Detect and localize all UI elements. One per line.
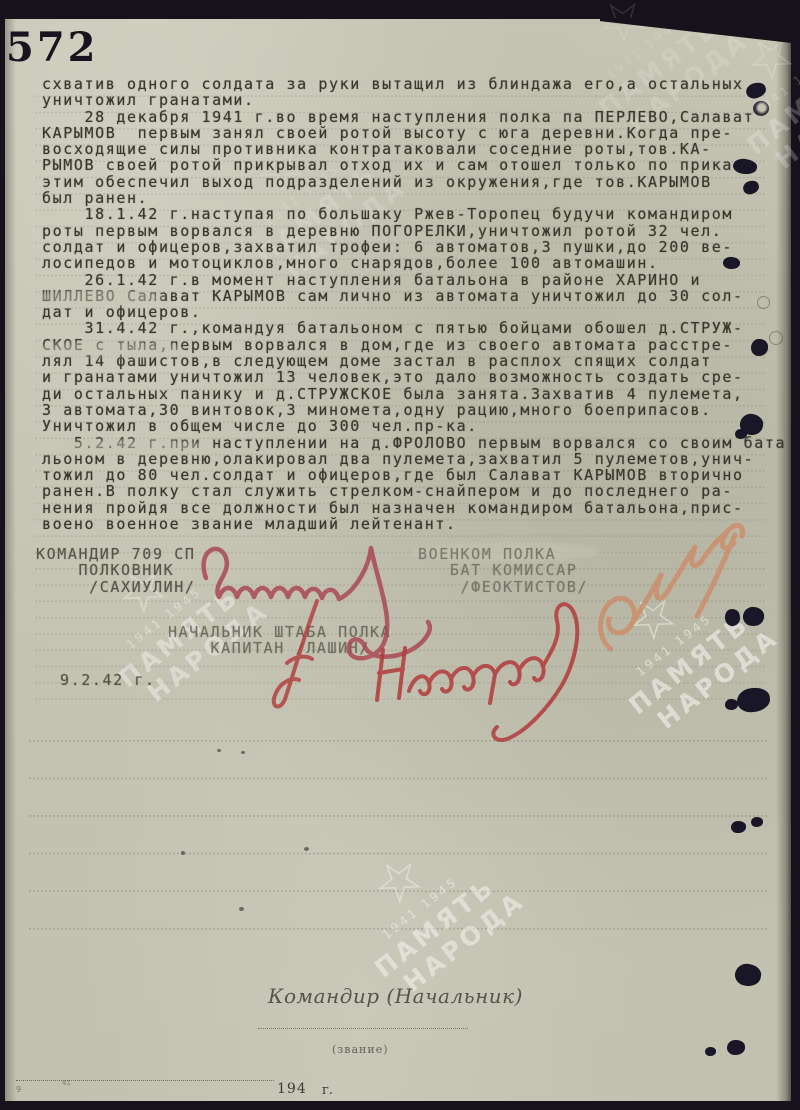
punch-hole [757,296,770,309]
paper-speck [217,749,221,752]
footer-underline [16,1080,274,1081]
commissar-signature-block: ВОЕНКОМ ПОЛКА БАТ КОМИССАР /ФЕОКТИСТОВ/ [418,546,588,595]
footnote-mark: 41 [62,1079,71,1087]
footnote-mark: 9 [16,1085,21,1094]
page-number-stamp: 572 [6,24,99,71]
scan-bottom-band [0,1101,800,1110]
ink-blot [751,817,763,827]
footer-year-suffix: г. [322,1083,333,1098]
paper-left-edge-shade [5,19,16,1101]
form-commander-label: Командир (Начальник) [268,984,523,1008]
paper-speck [181,851,185,855]
ink-blot [751,339,768,356]
form-rank-caption: (звание) [332,1043,389,1056]
chief-of-staff-signature-block: НАЧАЛЬНИК ШТАБА ПОЛКА КАПИТАН /ЛАШИН/ [168,624,391,657]
paper-speck [304,847,309,851]
punch-hole [753,101,769,116]
ink-blot [705,1047,716,1056]
faded-ink-patch [58,439,208,454]
faded-ink-patch [34,341,184,357]
ink-blot [731,821,746,833]
ink-blot [725,699,738,710]
ink-blot [735,429,747,439]
ink-blot [727,1040,745,1055]
rank-underline [258,1028,468,1029]
footer-year: 194 [277,1081,307,1097]
document-date: 9.2.42 г. [60,672,156,688]
commander-signature-block: КОМАНДИР 709 СП ПОЛКОВНИК /САХИУЛИН/ [36,546,195,595]
paper-speck [241,751,245,754]
typed-body-text: схватив одного солдата за руки вытащил и… [42,76,786,532]
faded-ink-patch [34,289,164,306]
punch-hole [769,331,783,345]
paper-speck [239,907,244,911]
